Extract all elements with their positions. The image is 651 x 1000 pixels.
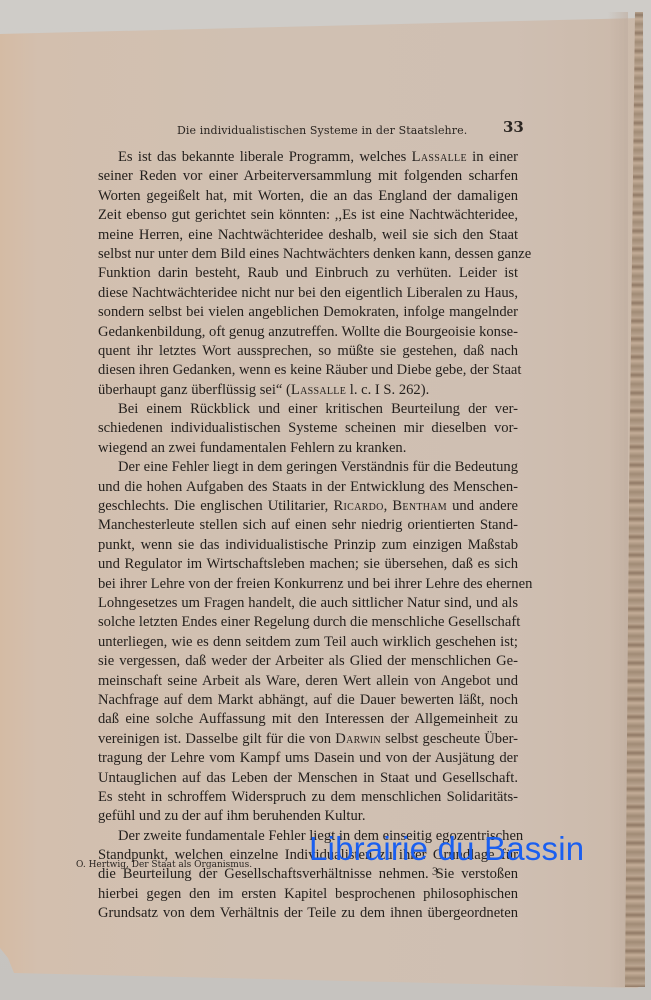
text-line: meine Herren, eine Nachtwächteridee desh… [98,226,518,245]
author-name: Lassalle [291,382,346,398]
text-line: Es steht in schroffem Widerspruch zu dem… [98,788,518,807]
text-line: Worten gegeißelt hat, mit Worten, die an… [98,187,518,206]
text-line: daß eine solche Auffassung mit den Inter… [98,710,518,729]
text-line: punkt, wenn sie das individualistische P… [98,536,518,555]
text-line: Der eine Fehler liegt in dem geringen Ve… [98,458,518,477]
text-line: bei ihrer Lehre von der freien Konkurren… [98,575,518,594]
text-line: vereinigen ist. Dasselbe gilt für die vo… [98,730,518,749]
text-line: sondern selbst bei vielen angeblichen De… [98,303,518,322]
text-line: Grundsatz von dem Verhältnis der Teile z… [98,904,518,923]
text-line: Funktion darin besteht, Raub und Einbruc… [98,264,518,283]
body-text: Es ist das bekannte liberale Programm, w… [98,148,518,924]
text-line: quent ihr letztes Wort aussprechen, so m… [98,342,518,361]
author-name: Lassalle [412,149,467,165]
page-number: 33 [503,118,524,136]
text-line: schiedenen individualistischen Systeme s… [98,419,518,438]
text-line: Bei einem Rückblick und einer kritischen… [98,400,518,419]
paragraph: Es ist das bekannte liberale Programm, w… [98,148,518,400]
text-line: meinschaft seine Arbeit als Ware, deren … [98,672,518,691]
paragraph: Bei einem Rückblick und einer kritischen… [98,400,518,458]
footer-signature-line: O. Hertwig, Der Staat als Organismus. [76,860,252,870]
running-head: Die individualistischen Systeme in der S… [177,124,467,137]
text-line: überhaupt ganz überflüssig sei“ (Lassall… [98,381,518,400]
text-line: Zeit ebenso gut gerichtet sein könnten: … [98,206,518,225]
text-line: tragung der Lehre vom Kampf ums Dasein u… [98,749,518,768]
page-fold-shadow [608,12,628,987]
text-line: hierbei gegen den im ersten Kapitel besp… [98,885,518,904]
text-line: diesen ihren Gedanken, wenn es keine Räu… [98,361,518,380]
text-line: Es ist das bekannte liberale Programm, w… [98,148,518,167]
text-line: seiner Reden vor einer Arbeiterversammlu… [98,167,518,186]
author-name: Darwin [335,731,381,747]
text-line: unterliegen, wie es denn seitdem zum Tei… [98,633,518,652]
text-line: geschlechts. Die englischen Utilitarier,… [98,497,518,516]
text-line: sie vergessen, daß weder der Arbeiter al… [98,652,518,671]
text-line: gefühl und zu der auf ihm beruhenden Kul… [98,807,518,826]
author-name: Bentham [392,498,447,514]
text-line: Gedankenbildung, oft genug anzutreffen. … [98,323,518,342]
watermark: Librairie du Bassin [309,830,584,868]
text-line: Nachfrage auf dem Markt abhängt, auf die… [98,691,518,710]
photo-scene: Die individualistischen Systeme in der S… [0,0,651,1000]
text-line: Untauglichen auf das Leben der Menschen … [98,769,518,788]
text-line: wiegend an zwei fundamentalen Fehlern zu… [98,439,518,458]
text-line: und Regulator im Wirtschaftsleben machen… [98,555,518,574]
text-line: diese Nachtwächteridee nicht nur bei den… [98,284,518,303]
text-line: Manchesterleute stellen sich auf einen s… [98,516,518,535]
paragraph: Der eine Fehler liegt in dem geringen Ve… [98,458,518,826]
text-line: selbst nur unter dem Bild eines Nachtwäc… [98,245,518,264]
text-line: solche letzten Endes einer Regelung durc… [98,613,518,632]
author-name: Ricardo [333,498,383,514]
text-line: und die hohen Aufgaben des Staats in der… [98,478,518,497]
text-line: Lohngesetzes um Fragen handelt, die auch… [98,594,518,613]
